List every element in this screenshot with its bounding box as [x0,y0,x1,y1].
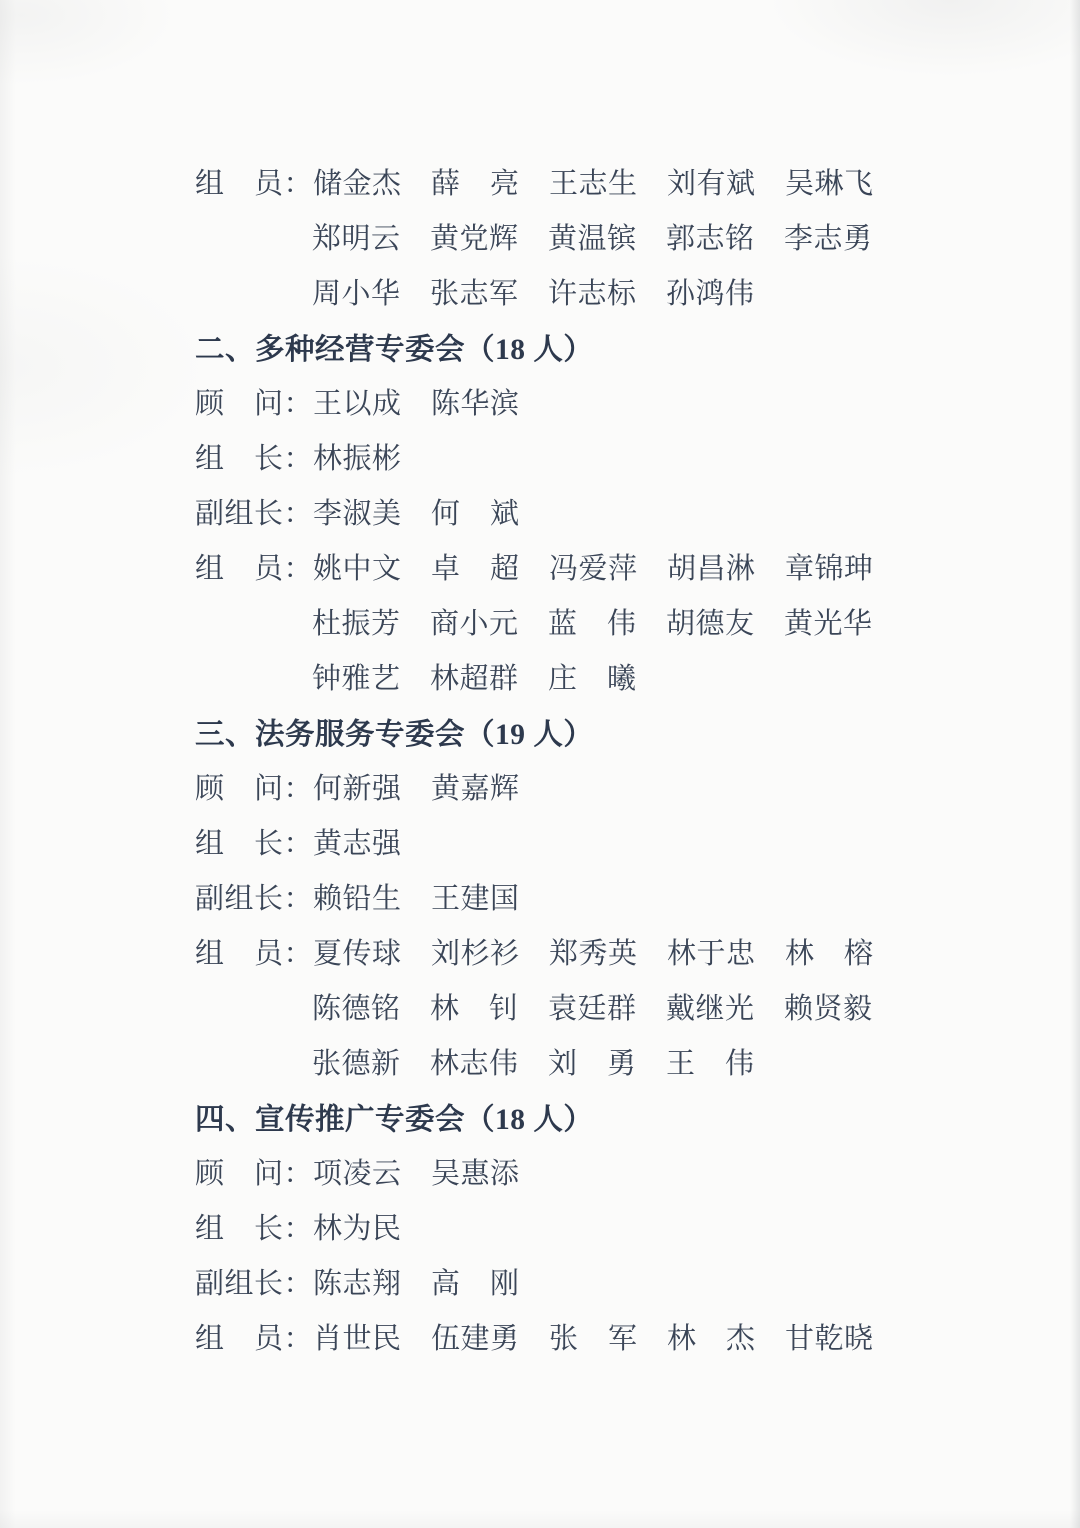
row-label-leader: 组 长： [195,821,313,862]
members-row-continuation: 郑明云 黄党辉 黄温镔 郭志铭 李志勇 [195,209,874,264]
deputy-leader-row: 副组长：李淑美 何 斌 [195,484,874,539]
members-row-continuation: 周小华 张志军 许志标 孙鸿伟 [195,264,874,319]
member-names-line: 何新强 黄嘉辉 [313,766,520,807]
member-names-line: 张德新 林志伟 刘 勇 王 伟 [312,1041,755,1082]
deputy-leader-row: 副组长：赖铅生 王建国 [195,869,874,924]
row-label-advisor: 顾 问： [195,381,313,422]
members-row: 组 员：肖世民 伍建勇 张 军 林 杰 甘乾晓 [195,1309,874,1364]
advisors-row: 顾 问：何新强 黄嘉辉 [195,759,874,814]
row-label-leader: 组 长： [195,1206,313,1247]
members-row-continuation: 杜振芳 商小元 蓝 伟 胡德友 黄光华 [195,594,874,649]
member-names-line: 陈德铭 林 钊 袁廷群 戴继光 赖贤毅 [312,986,873,1027]
members-row: 组 员：夏传球 刘杉衫 郑秀英 林于忠 林 榕 [195,924,874,979]
row-label-members: 组 员： [195,546,313,587]
member-names-line: 黄志强 [313,821,402,862]
member-names-line: 钟雅艺 林超群 庄 曦 [312,656,637,697]
row-label-members: 组 员： [195,1316,313,1357]
advisors-row: 顾 问：王以成 陈华滨 [195,374,874,429]
scanned-document-page: 组 员：储金杰 薛 亮 王志生 刘有斌 吴琳飞 郑明云 黄党辉 黄温镔 郭志铭 … [0,0,1080,1528]
member-names-line: 周小华 张志军 许志标 孙鸿伟 [312,271,755,312]
leader-row: 组 长：林为民 [195,1199,874,1254]
row-label-deputy-leader: 副组长： [195,491,313,532]
member-names-line: 王以成 陈华滨 [313,381,520,422]
member-names-line: 林振彬 [313,436,402,477]
section-heading-text: 三、法务服务专委会（19 人） [195,711,593,753]
member-names-line: 储金杰 薛 亮 王志生 刘有斌 吴琳飞 [313,161,874,202]
members-row: 组 员：储金杰 薛 亮 王志生 刘有斌 吴琳飞 [195,154,874,209]
section-heading-2: 二、多种经营专委会（18 人） [195,319,874,374]
document-content: 组 员：储金杰 薛 亮 王志生 刘有斌 吴琳飞 郑明云 黄党辉 黄温镔 郭志铭 … [195,154,874,1364]
leader-row: 组 长：黄志强 [195,814,874,869]
row-label-deputy-leader: 副组长： [195,1261,313,1302]
member-names-line: 郑明云 黄党辉 黄温镔 郭志铭 李志勇 [312,216,873,257]
row-label-leader: 组 长： [195,436,313,477]
members-row-continuation: 张德新 林志伟 刘 勇 王 伟 [195,1034,874,1089]
row-label-members: 组 员： [195,161,313,202]
member-names-line: 李淑美 何 斌 [313,491,520,532]
member-names-line: 陈志翔 高 刚 [313,1261,520,1302]
member-names-line: 杜振芳 商小元 蓝 伟 胡德友 黄光华 [312,601,873,642]
advisors-row: 顾 问：项凌云 吴惠添 [195,1144,874,1199]
members-row-continuation: 钟雅艺 林超群 庄 曦 [195,649,874,704]
section-heading-4: 四、宣传推广专委会（18 人） [195,1089,874,1144]
row-label-advisor: 顾 问： [195,766,313,807]
member-names-line: 赖铅生 王建国 [313,876,520,917]
member-names-line: 姚中文 卓 超 冯爱萍 胡昌淋 章锦珅 [313,546,874,587]
section-heading-3: 三、法务服务专委会（19 人） [195,704,874,759]
member-names-line: 项凌云 吴惠添 [313,1151,520,1192]
member-names-line: 肖世民 伍建勇 张 军 林 杰 甘乾晓 [313,1316,874,1357]
section-heading-text: 二、多种经营专委会（18 人） [195,326,593,368]
row-label-members: 组 员： [195,931,313,972]
members-row: 组 员：姚中文 卓 超 冯爱萍 胡昌淋 章锦珅 [195,539,874,594]
section-heading-text: 四、宣传推广专委会（18 人） [195,1096,593,1138]
row-label-advisor: 顾 问： [195,1151,313,1192]
leader-row: 组 长：林振彬 [195,429,874,484]
deputy-leader-row: 副组长：陈志翔 高 刚 [195,1254,874,1309]
row-label-deputy-leader: 副组长： [195,876,313,917]
member-names-line: 林为民 [313,1206,402,1247]
member-names-line: 夏传球 刘杉衫 郑秀英 林于忠 林 榕 [313,931,874,972]
members-row-continuation: 陈德铭 林 钊 袁廷群 戴继光 赖贤毅 [195,979,874,1034]
